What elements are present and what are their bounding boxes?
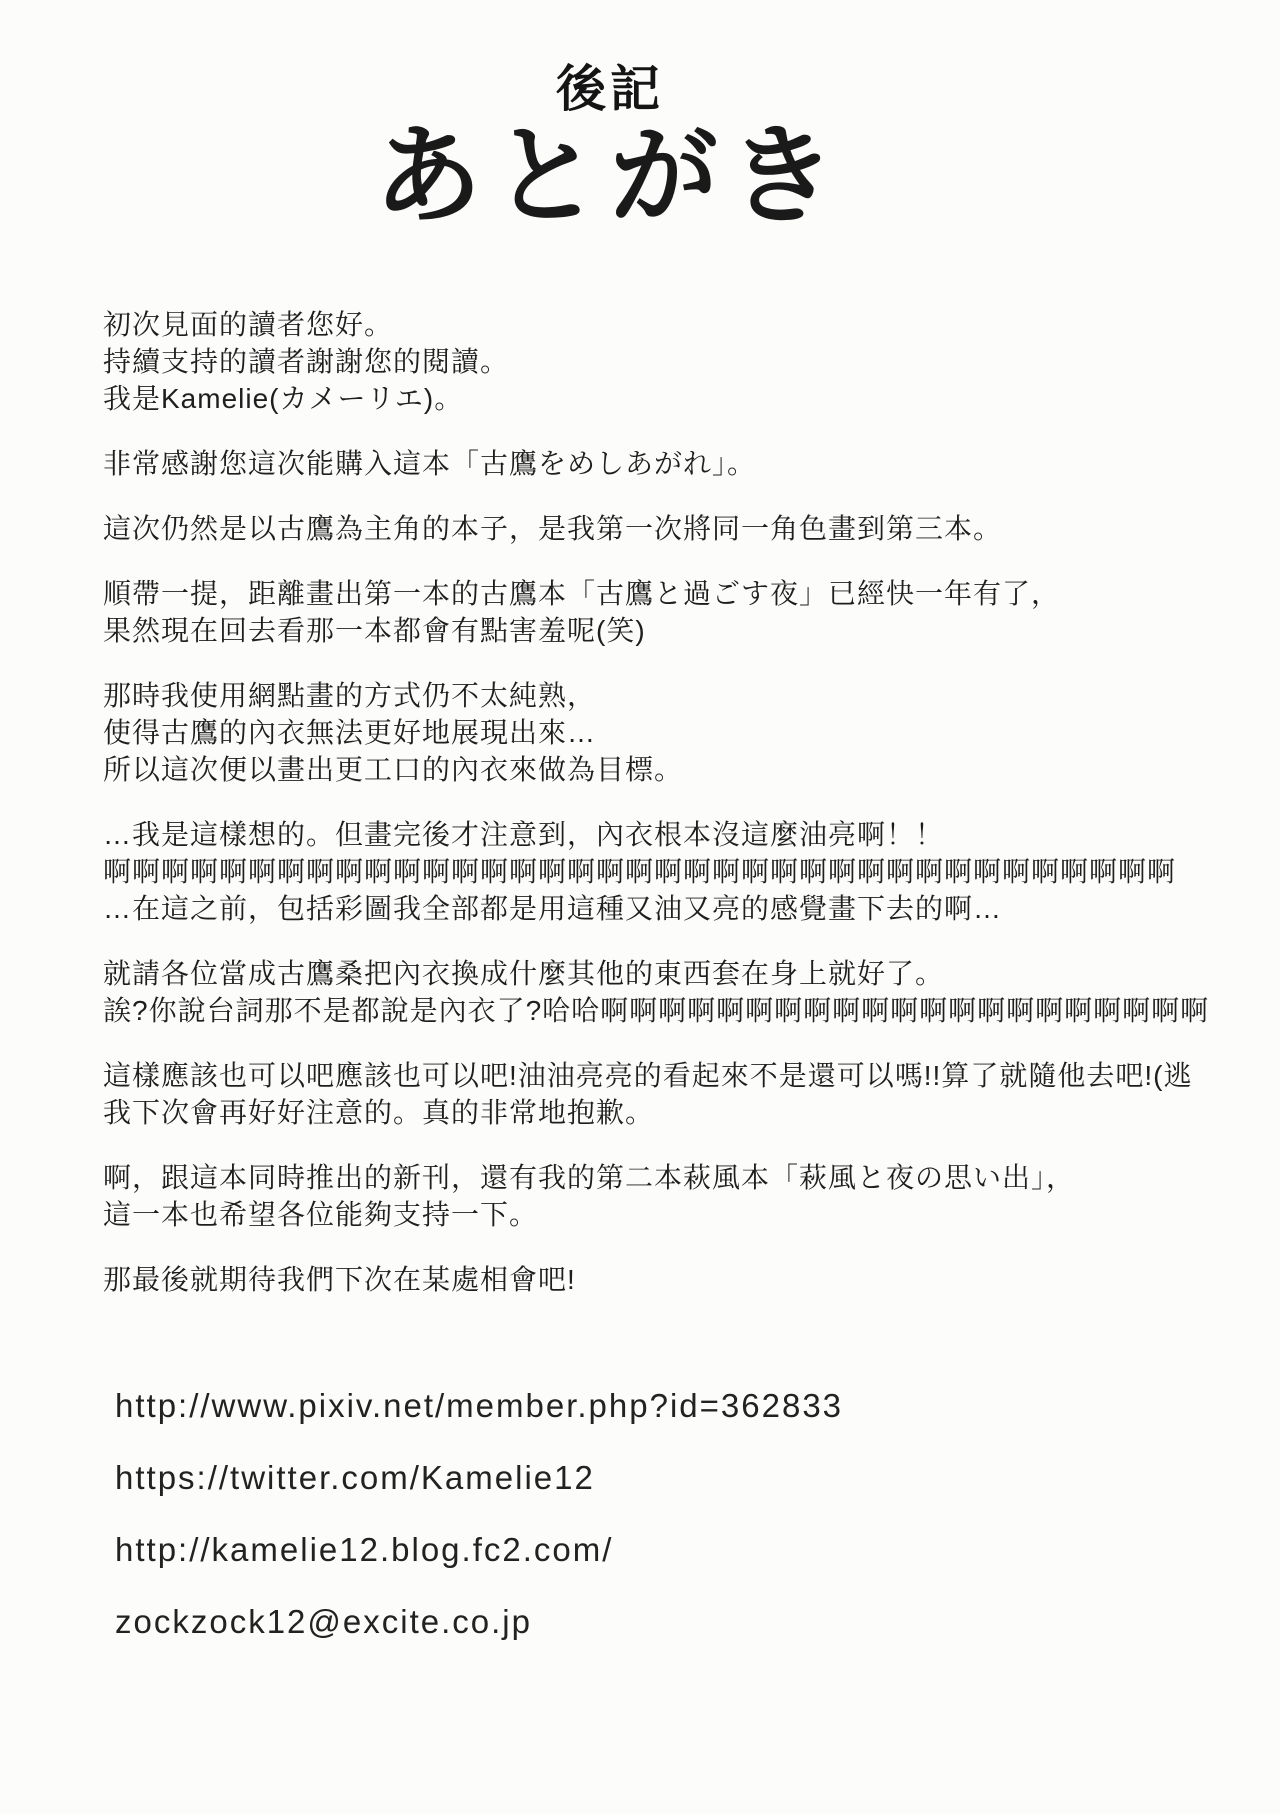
paragraph: 順帶一提，距離畫出第一本的古鷹本「古鷹と過ごす夜」已經快一年有了，果然現在回去看… bbox=[103, 575, 1240, 649]
paragraph: 這樣應該也可以吧應該也可以吧!油油亮亮的看起來不是還可以嗎!!算了就隨他去吧!(… bbox=[103, 1057, 1240, 1131]
paragraph: 就請各位當成古鷹桑把內衣換成什麼其他的東西套在身上就好了。誒?你說台詞那不是都說… bbox=[103, 955, 1240, 1029]
text-line: 就請各位當成古鷹桑把內衣換成什麼其他的東西套在身上就好了。 bbox=[103, 955, 1240, 992]
blog-url: http://kamelie12.blog.fc2.com/ bbox=[115, 1530, 1280, 1570]
text-line: 使得古鷹的內衣無法更好地展現出來… bbox=[103, 714, 1240, 751]
afterword-body: 初次見面的讀者您好。持續支持的讀者謝謝您的閱讀。我是Kamelie(カメーリエ)… bbox=[103, 306, 1240, 1298]
paragraph: 這次仍然是以古鷹為主角的本子，是我第一次將同一角色畫到第三本。 bbox=[103, 510, 1240, 547]
text-line: 這樣應該也可以吧應該也可以吧!油油亮亮的看起來不是還可以嗎!!算了就隨他去吧!(… bbox=[103, 1057, 1240, 1094]
text-line: 我下次會再好好注意的。真的非常地抱歉。 bbox=[103, 1094, 1240, 1131]
twitter-url: https://twitter.com/Kamelie12 bbox=[115, 1458, 1280, 1498]
text-line: 初次見面的讀者您好。 bbox=[103, 306, 1240, 343]
text-line: 那最後就期待我們下次在某處相會吧! bbox=[103, 1261, 1240, 1298]
page-header: 後記 あとがき bbox=[0, 0, 1250, 232]
paragraph: 初次見面的讀者您好。持續支持的讀者謝謝您的閱讀。我是Kamelie(カメーリエ)… bbox=[103, 306, 1240, 417]
text-line: 啊，跟這本同時推出的新刊，還有我的第二本萩風本「萩風と夜の思い出」， bbox=[103, 1159, 1240, 1196]
text-line: 那時我使用網點畫的方式仍不太純熟， bbox=[103, 677, 1240, 714]
text-line: 誒?你說台詞那不是都說是內衣了?哈哈啊啊啊啊啊啊啊啊啊啊啊啊啊啊啊啊啊啊啊啊啊 bbox=[103, 992, 1240, 1029]
paragraph: 那最後就期待我們下次在某處相會吧! bbox=[103, 1261, 1240, 1298]
text-line: 果然現在回去看那一本都會有點害羞呢(笑) bbox=[103, 612, 1240, 649]
contact-links: http://www.pixiv.net/member.php?id=36283… bbox=[115, 1386, 1280, 1642]
text-line: …在這之前，包括彩圖我全部都是用這種又油又亮的感覺畫下去的啊… bbox=[103, 890, 1240, 927]
text-line: 非常感謝您這次能購入這本「古鷹をめしあがれ」。 bbox=[103, 445, 1240, 482]
text-line: 這次仍然是以古鷹為主角的本子，是我第一次將同一角色畫到第三本。 bbox=[103, 510, 1240, 547]
paragraph: 啊，跟這本同時推出的新刊，還有我的第二本萩風本「萩風と夜の思い出」，這一本也希望… bbox=[103, 1159, 1240, 1233]
paragraph: 那時我使用網點畫的方式仍不太純熟，使得古鷹的內衣無法更好地展現出來…所以這次便以… bbox=[103, 677, 1240, 788]
paragraph: 非常感謝您這次能購入這本「古鷹をめしあがれ」。 bbox=[103, 445, 1240, 482]
pixiv-url: http://www.pixiv.net/member.php?id=36283… bbox=[115, 1386, 1280, 1426]
text-line: 持續支持的讀者謝謝您的閱讀。 bbox=[103, 343, 1240, 380]
text-line: 這一本也希望各位能夠支持一下。 bbox=[103, 1196, 1240, 1233]
text-line: 順帶一提，距離畫出第一本的古鷹本「古鷹と過ごす夜」已經快一年有了， bbox=[103, 575, 1240, 612]
title-kanji: 後記 bbox=[0, 62, 1250, 117]
text-line: 啊啊啊啊啊啊啊啊啊啊啊啊啊啊啊啊啊啊啊啊啊啊啊啊啊啊啊啊啊啊啊啊啊啊啊啊啊 bbox=[103, 853, 1240, 890]
text-line: 所以這次便以畫出更工口的內衣來做為目標。 bbox=[103, 751, 1240, 788]
paragraph: …我是這樣想的。但畫完後才注意到，內衣根本沒這麼油亮啊！！啊啊啊啊啊啊啊啊啊啊啊… bbox=[103, 816, 1240, 927]
text-line: 我是Kamelie(カメーリエ)。 bbox=[103, 380, 1240, 417]
email-address: zockzock12@excite.co.jp bbox=[115, 1602, 1280, 1642]
afterword-page: 後記 あとがき 初次見面的讀者您好。持續支持的讀者謝謝您的閱讀。我是Kameli… bbox=[0, 0, 1280, 1814]
page-title: あとがき bbox=[0, 119, 1250, 232]
text-line: …我是這樣想的。但畫完後才注意到，內衣根本沒這麼油亮啊！！ bbox=[103, 816, 1240, 853]
